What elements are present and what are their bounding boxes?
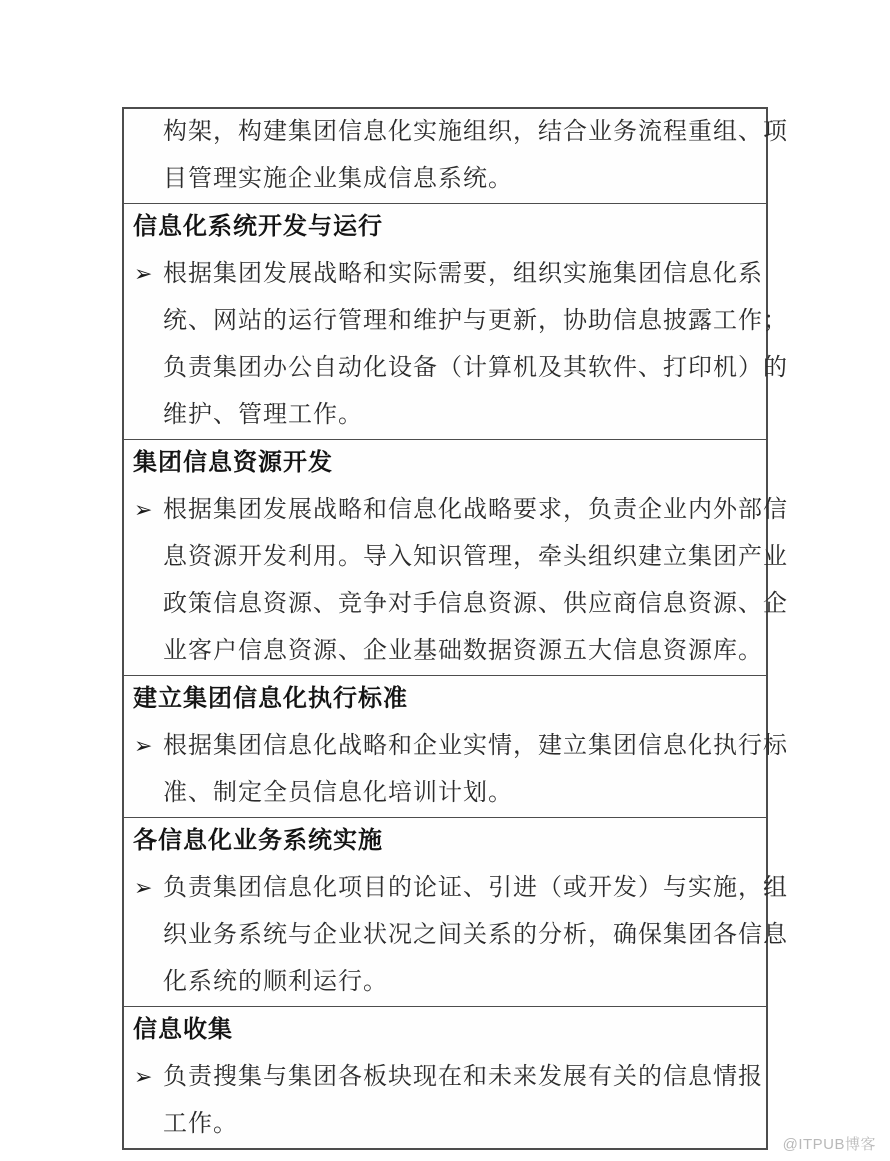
body-text: 负责集团信息化项目的论证、引进（或开发）与实施，组 — [163, 875, 788, 901]
section-header: 信息化系统开发与运行 — [124, 204, 766, 251]
body-line: 构架，构建集团信息化实施组织，结合业务流程重组、项 — [124, 109, 766, 156]
body-line: 目管理实施企业集成信息系统。 — [124, 156, 766, 203]
bullet-line: ➢ 负责搜集与集团各板块现在和未来发展有关的信息情报 — [124, 1054, 766, 1101]
section-header: 集团信息资源开发 — [124, 440, 766, 487]
bullet-line: ➢ 负责集团信息化项目的论证、引进（或开发）与实施，组 — [124, 865, 766, 912]
table-row-standards: 建立集团信息化执行标准 ➢ 根据集团信息化战略和企业实情，建立集团信息化执行标 … — [124, 675, 766, 817]
body-text: 根据集团发展战略和信息化战略要求，负责企业内外部信 — [163, 497, 788, 523]
arrow-bullet-icon: ➢ — [134, 723, 153, 770]
body-text: 根据集团信息化战略和企业实情，建立集团信息化执行标 — [163, 733, 788, 759]
body-line: 维护、管理工作。 — [124, 392, 766, 439]
section-header: 信息收集 — [124, 1007, 766, 1054]
body-text: 负责搜集与集团各板块现在和未来发展有关的信息情报 — [163, 1064, 763, 1090]
body-line: 负责集团办公自动化设备（计算机及其软件、打印机）的 — [124, 345, 766, 392]
arrow-bullet-icon: ➢ — [134, 487, 153, 534]
body-line: 准、制定全员信息化培训计划。 — [124, 770, 766, 817]
body-line: 息资源开发利用。导入知识管理，牵头组织建立集团产业 — [124, 534, 766, 581]
responsibilities-table: 构架，构建集团信息化实施组织，结合业务流程重组、项 目管理实施企业集成信息系统。… — [122, 107, 768, 1150]
bullet-line: ➢ 根据集团发展战略和信息化战略要求，负责企业内外部信 — [124, 487, 766, 534]
body-line: 织业务系统与企业状况之间关系的分析，确保集团各信息 — [124, 912, 766, 959]
section-header: 各信息化业务系统实施 — [124, 818, 766, 865]
body-line: 政策信息资源、竞争对手信息资源、供应商信息资源、企 — [124, 581, 766, 628]
body-line: 业客户信息资源、企业基础数据资源五大信息资源库。 — [124, 628, 766, 675]
arrow-bullet-icon: ➢ — [134, 251, 153, 298]
arrow-bullet-icon: ➢ — [134, 865, 153, 912]
body-line: 化系统的顺利运行。 — [124, 959, 766, 1006]
body-line: 工作。 — [124, 1101, 766, 1148]
table-row-info-collection: 信息收集 ➢ 负责搜集与集团各板块现在和未来发展有关的信息情报 工作。 — [124, 1006, 766, 1148]
watermark: @ITPUB博客 — [783, 1133, 876, 1154]
body-line: 统、网站的运行管理和维护与更新，协助信息披露工作； — [124, 298, 766, 345]
bullet-line: ➢ 根据集团发展战略和实际需要，组织实施集团信息化系 — [124, 251, 766, 298]
section-header: 建立集团信息化执行标准 — [124, 676, 766, 723]
body-text: 根据集团发展战略和实际需要，组织实施集团信息化系 — [163, 261, 763, 287]
table-row-continuation: 构架，构建集团信息化实施组织，结合业务流程重组、项 目管理实施企业集成信息系统。 — [124, 109, 766, 203]
table-row-system-dev: 信息化系统开发与运行 ➢ 根据集团发展战略和实际需要，组织实施集团信息化系 统、… — [124, 203, 766, 439]
table-row-business-systems: 各信息化业务系统实施 ➢ 负责集团信息化项目的论证、引进（或开发）与实施，组 织… — [124, 817, 766, 1006]
arrow-bullet-icon: ➢ — [134, 1054, 153, 1101]
document-page: 构架，构建集团信息化实施组织，结合业务流程重组、项 目管理实施企业集成信息系统。… — [0, 0, 890, 1161]
bullet-line: ➢ 根据集团信息化战略和企业实情，建立集团信息化执行标 — [124, 723, 766, 770]
table-row-info-resource: 集团信息资源开发 ➢ 根据集团发展战略和信息化战略要求，负责企业内外部信 息资源… — [124, 439, 766, 675]
